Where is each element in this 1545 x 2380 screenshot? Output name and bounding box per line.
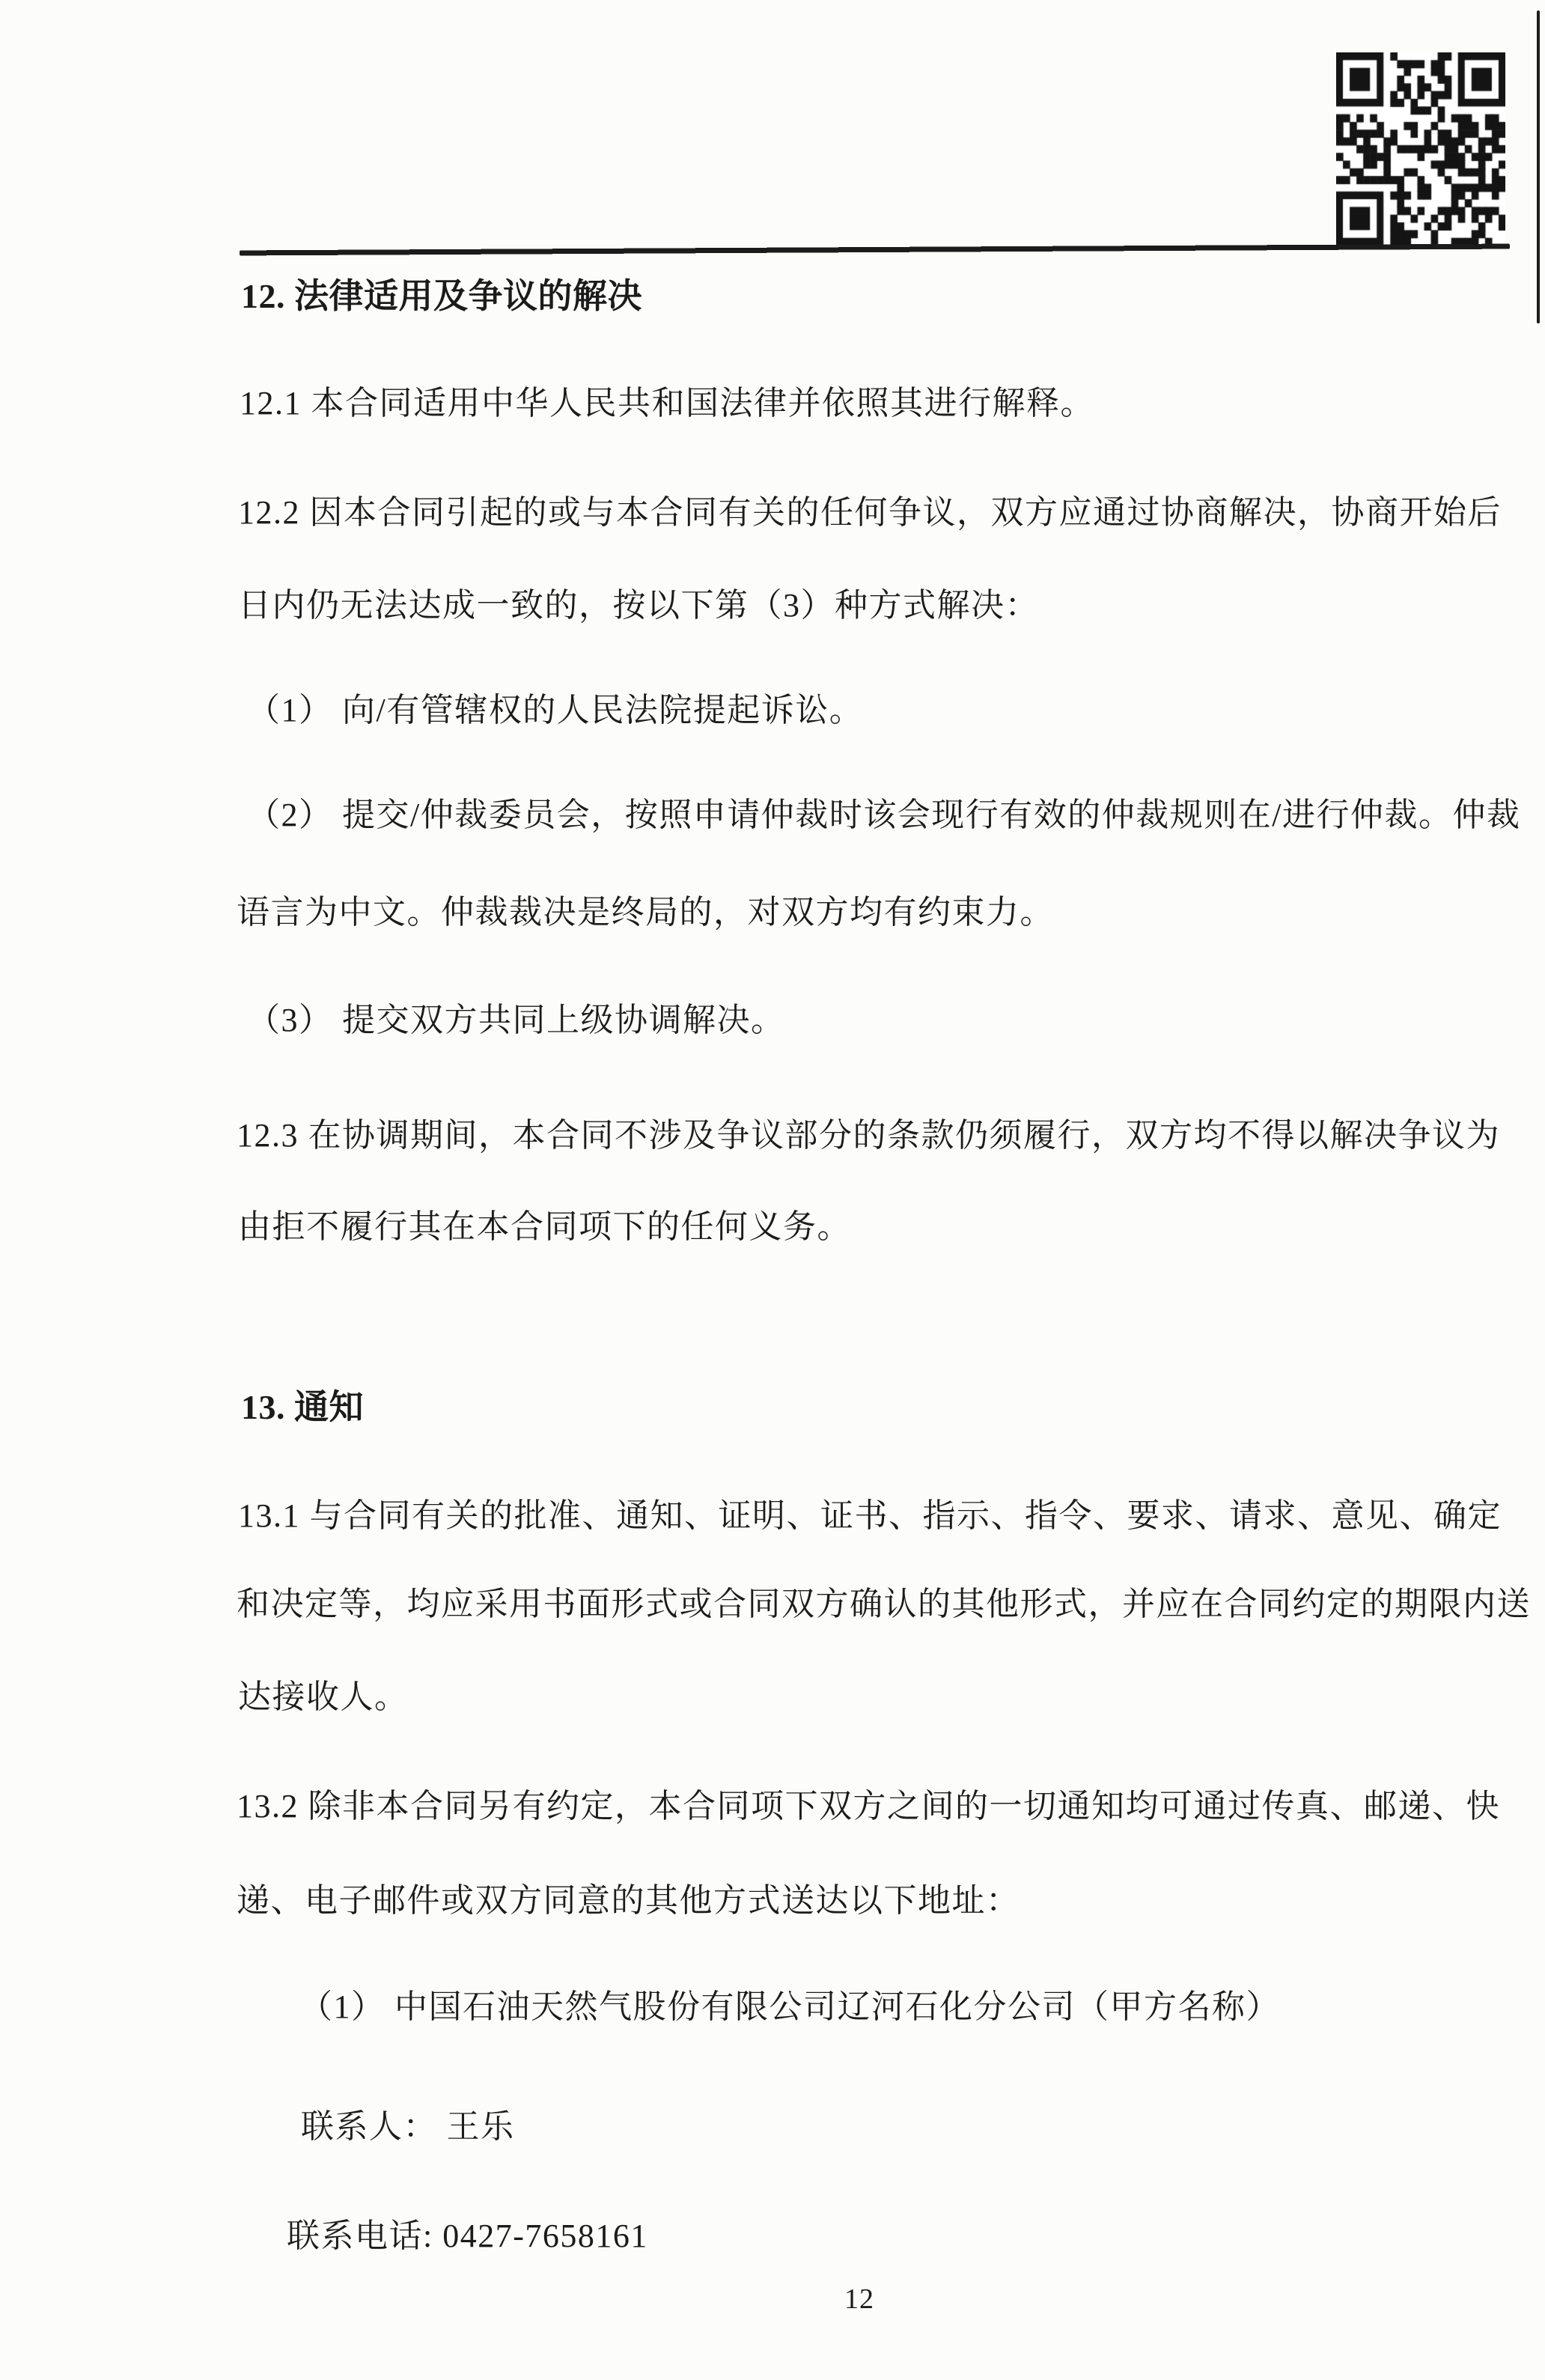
contact-phone-line: 联系电话: 0427-7658161 [287,2219,648,2253]
dispute-option-2-line1: （2） 提交/仲裁委员会，按照申请仲裁时该会现行有效的仲裁规则在/进行仲裁。仲裁 [247,798,1520,833]
party-a-address-line: （1） 中国石油天然气股份有限公司辽河石化分公司（甲方名称） [299,1990,1280,2024]
scanned-contract-page: 12. 法律适用及争议的解决 12.1 本合同适用中华人民共和国法律并依照其进行… [0,0,1545,2380]
scan-artifact-line [1537,10,1540,323]
clause-13-1-line1: 13.1 与合同有关的批准、通知、证明、证书、指示、指令、要求、请求、意见、确定 [238,1499,1502,1533]
clause-12-2-line2: 日内仍无法达成一致的，按以下第（3）种方式解决： [238,588,1039,623]
clause-13-1-line3: 达接收人。 [238,1680,409,1714]
dispute-option-2-line2: 语言为中文。仲裁裁决是终局的，对双方均有约束力。 [237,895,1054,930]
contact-name-line: 联系人： 王乐 [301,2110,515,2144]
clause-13-1-line2: 和决定等，均应采用书面形式或合同双方确认的其他形式，并应在合同约定的期限内送 [237,1587,1531,1622]
qr-code [1336,52,1505,246]
section-12-heading: 12. 法律适用及争议的解决 [241,279,642,314]
dispute-option-1: （1） 向/有管辖权的人民法院提起诉讼。 [247,693,863,728]
page-number: 12 [844,2285,874,2315]
dispute-option-3: （3） 提交双方共同上级协调解决。 [247,1003,785,1038]
clause-12-3-line1: 12.3 在协调期间，本合同不涉及争议部分的条款仍须履行，双方均不得以解决争议为 [237,1119,1500,1153]
clause-12-2-line1: 12.2 因本合同引起的或与本合同有关的任何争议，双方应通过协商解决，协商开始后 [238,496,1502,530]
clause-13-2-line1: 13.2 除非本合同另有约定，本合同项下双方之间的一切通知均可通过传真、邮递、快 [237,1789,1500,1824]
clause-12-3-line2: 由拒不履行其在本合同项下的任何义务。 [238,1210,851,1244]
clause-13-2-line2: 递、电子邮件或双方同意的其他方式送达以下地址： [237,1884,1020,1918]
section-13-heading: 13. 通知 [241,1390,364,1425]
clause-12-1: 12.1 本合同适用中华人民共和国法律并依照其进行解释。 [240,386,1094,421]
header-separator-rule [240,244,1510,256]
